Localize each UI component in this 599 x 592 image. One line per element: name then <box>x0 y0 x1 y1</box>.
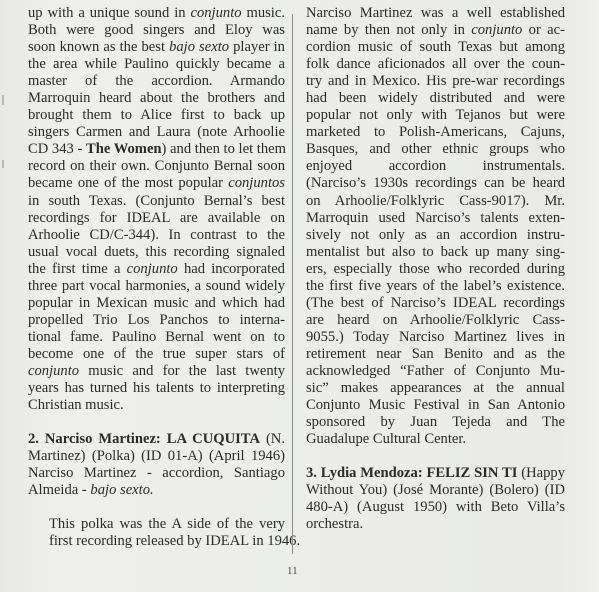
text-line: Marroquin used Narciso’s talents exten- <box>306 210 565 227</box>
text-line: the first time a conjunto had incorporat… <box>28 261 285 278</box>
text-line: try and in Mexico. His pre-war recording… <box>306 73 565 90</box>
text-line: (The best of Narciso’s IDEAL recordings <box>306 295 565 312</box>
text-line: marketed to Polish-Americans, Cajuns, <box>306 124 565 141</box>
track-3-heading: 3. Lydia Mendoza: FELIZ SIN TI (Happy <box>306 465 565 482</box>
booklet-page: up with a unique sound in conjunto music… <box>0 0 599 592</box>
text-line: Narciso Martinez was a well established <box>306 5 565 22</box>
paragraph-track-2-notes: This polka was the A side of the veryfir… <box>28 516 285 550</box>
text-line: became one of the most popular conjuntos <box>28 175 285 192</box>
text-line: usual vocal duets, this recording signal… <box>28 244 285 261</box>
text-line: Without You) (José Morante) (Bolero) (ID <box>306 482 565 499</box>
text-line: (Narciso’s 1930s recordings can be heard <box>306 175 565 192</box>
text-line: Almeida - bajo sexto. <box>28 482 285 499</box>
text-line: the first five years of the label’s exis… <box>306 278 565 295</box>
text-line: Narciso Martinez - accordion, Santiago <box>28 465 285 482</box>
text-line: name by then not only in conjunto or ac- <box>306 22 565 39</box>
scan-edge-mark <box>2 160 4 168</box>
text-line: Both were good singers and Eloy was <box>28 22 285 39</box>
text-line: Marroquin heard about the brothers and <box>28 90 285 107</box>
text-line: propelled Trio Los Panchos to interna- <box>28 312 285 329</box>
track-2-listing: 2. Narciso Martinez: LA CUQUITA (N. Mart… <box>28 431 285 499</box>
text-line: Arhoolie CD/C-344). In contrast to the <box>28 227 285 244</box>
text-line: are heard on Arhoolie/Folklyric Cass- <box>306 312 565 329</box>
paragraph-martinez-story: Narciso Martinez was a well establishedn… <box>306 5 565 448</box>
text-line: retirement near San Benito and as the <box>306 346 565 363</box>
text-line: cordion music of south Texas but among <box>306 39 565 56</box>
text-line: popular not only with Tejanos but were <box>306 107 565 124</box>
text-line: Martinez) (Polka) (ID 01-A) (April 1946) <box>28 448 285 465</box>
right-column: Narciso Martinez was a well establishedn… <box>306 5 565 533</box>
text-line: ers, especially those who recorded durin… <box>306 261 565 278</box>
text-line: Christian music. <box>28 397 285 414</box>
column-divider <box>292 14 293 554</box>
text-line: 480-A) (August 1950) with Beto Villa’s <box>306 499 565 516</box>
track-3-listing: 3. Lydia Mendoza: FELIZ SIN TI (Happy Wi… <box>306 465 565 533</box>
track-3-title: 3. Lydia Mendoza: FELIZ SIN TI <box>306 465 517 481</box>
text-line: had been widely distributed and were <box>306 90 565 107</box>
text-line: tional fame. Paulino Bernal went on to <box>28 329 285 346</box>
text-line: in south Texas. (Conjunto Bernal’s best <box>28 193 285 210</box>
text-line: sively not only as an accordion instru- <box>306 227 565 244</box>
text-line: Guadalupe Cultural Center. <box>306 431 565 448</box>
text-line: 9055.) Today Narciso Martinez lives in <box>306 329 565 346</box>
text-line: popular in Mexican music and which had <box>28 295 285 312</box>
scan-edge-mark <box>2 95 4 105</box>
track-2-details: Martinez) (Polka) (ID 01-A) (April 1946)… <box>28 448 285 499</box>
text-line: up with a unique sound in conjunto music… <box>28 5 285 22</box>
text-line: become one of the true super stars of <box>28 346 285 363</box>
text-line: the area while Paulino quickly became a <box>28 56 285 73</box>
text-line: master of the accordion. Armando <box>28 73 285 90</box>
text-line: Conjunto Music Festival in San Antonio <box>306 397 565 414</box>
left-column: up with a unique sound in conjunto music… <box>28 5 285 550</box>
page-number: 11 <box>287 565 298 577</box>
text-line: sponsored by Juan Tejeda and The <box>306 414 565 431</box>
text-line: orchestra. <box>306 516 565 533</box>
text-line: brought them to Alice first to back up <box>28 107 285 124</box>
text-line: singers Carmen and Laura (note Arhoolie <box>28 124 285 141</box>
text-line: on Arhoolie/Folklyric Cass-9017). Mr. <box>306 193 565 210</box>
text-line: years has turned his talents to interpre… <box>28 380 285 397</box>
text-line: This polka was the A side of the very <box>28 516 285 533</box>
text-line: mentalist but also to back up many sing- <box>306 244 565 261</box>
text-line: three part vocal harmonies, a sound wide… <box>28 278 285 295</box>
text-line: sic” makes appearances at the annual <box>306 380 565 397</box>
text-line: soon known as the best bajo sexto player… <box>28 39 285 56</box>
track-2-heading: 2. Narciso Martinez: LA CUQUITA (N. <box>28 431 285 448</box>
paragraph-bernal-story: up with a unique sound in conjunto music… <box>28 5 285 414</box>
text-line: recordings for IDEAL are available on <box>28 210 285 227</box>
text-line: first recording released by IDEAL in 194… <box>28 533 285 550</box>
track-3-details: Without You) (José Morante) (Bolero) (ID… <box>306 482 565 533</box>
text-line: acknowledged “Father of Conjunto Mu- <box>306 363 565 380</box>
text-line: enjoyed accordion instrumentals. <box>306 158 565 175</box>
text-line: Basques, and other ethnic groups who <box>306 141 565 158</box>
text-line: CD 343 - The Women) and then to let them <box>28 141 285 158</box>
track-2-title: 2. Narciso Martinez: LA CUQUITA <box>28 431 260 447</box>
text-line: conjunto music and for the last twenty <box>28 363 285 380</box>
text-line: record on their own. Conjunto Bernal soo… <box>28 158 285 175</box>
text-line: folk dance aficionados all over the coun… <box>306 56 565 73</box>
